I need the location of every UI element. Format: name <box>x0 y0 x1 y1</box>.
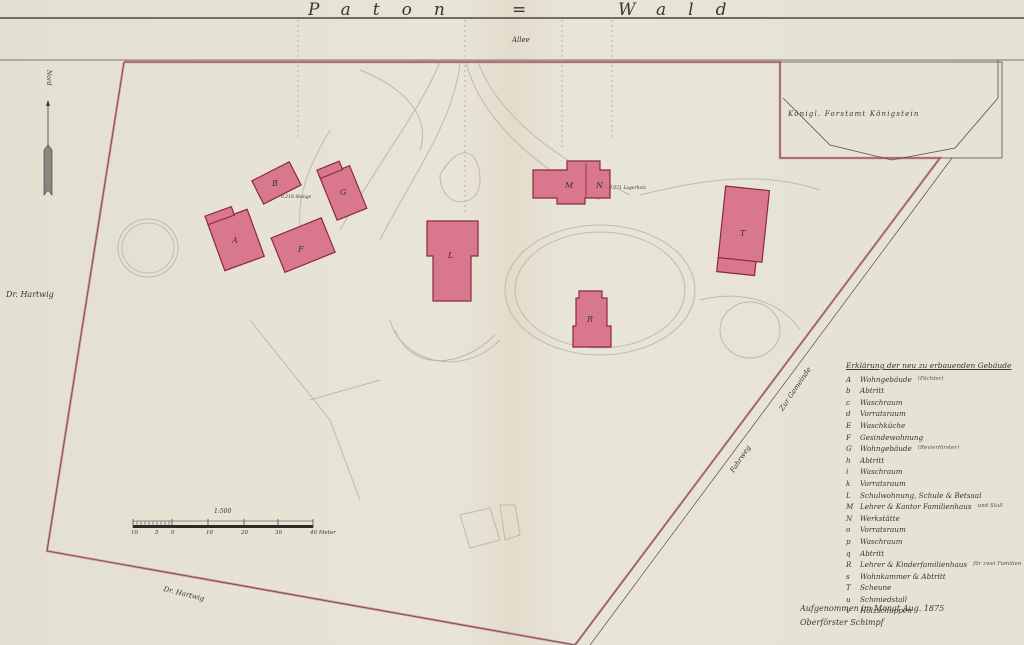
scale-tick: 10 <box>131 530 138 536</box>
legend-key: c <box>846 397 860 409</box>
legend-item: sWohnkammer & Abtritt <box>846 571 1024 583</box>
legend-text: Lehrer & Kantor Familienhaus <box>860 501 972 513</box>
legend-item: cWaschraum <box>846 397 1024 409</box>
legend-note: und Stall <box>978 501 1003 513</box>
svg-text:G: G <box>340 188 347 197</box>
legend-item: LSchulwohnung, Schule & Betsaal <box>846 490 1024 502</box>
svg-text:T: T <box>740 229 746 238</box>
north-label: Nord <box>45 70 52 86</box>
legend-text: Wohngebäude <box>860 374 912 386</box>
legend-title: Erklärung der neu zu erbauenden Gebäude <box>846 360 1024 372</box>
north-arrow-icon <box>44 100 52 195</box>
scale-tick: 20 <box>241 530 248 536</box>
svg-text:M: M <box>564 181 574 190</box>
legend-item: GWohngebäude(Revierförster) <box>846 443 1024 455</box>
building-legend: Erklärung der neu zu erbauenden Gebäude … <box>846 360 1024 617</box>
legend-item: NWerkstätte <box>846 513 1024 525</box>
legend-item: bAbtritt <box>846 385 1024 397</box>
legend-item: TScheune <box>846 582 1024 594</box>
legend-key: G <box>846 443 860 455</box>
svg-text:R: R <box>586 315 593 324</box>
legend-key: i <box>846 466 860 478</box>
legend-text: Gesindewohnung <box>860 432 923 444</box>
legend-item: iWaschraum <box>846 466 1024 478</box>
legend-key: N <box>846 513 860 525</box>
legend-item: dVorratsraum <box>846 408 1024 420</box>
legend-text: Waschküche <box>860 420 905 432</box>
legend-text: Abtritt <box>860 548 884 560</box>
legend-key: p <box>846 536 860 548</box>
legend-text: Wohngebäude <box>860 443 912 455</box>
scale-tick: 5 <box>155 530 159 536</box>
legend-text: Abtritt <box>860 455 884 467</box>
svg-text:A: A <box>231 236 238 245</box>
legend-text: Werkstätte <box>860 513 900 525</box>
spot-height-label-1: 0.218 Stange <box>281 195 311 200</box>
legend-item: kVorratsraum <box>846 478 1024 490</box>
legend-item: EWaschküche <box>846 420 1024 432</box>
legend-key: q <box>846 548 860 560</box>
scale-tick: 30 <box>275 530 282 536</box>
legend-item: AWohngebäude(Pächter) <box>846 374 1024 386</box>
legend-key: R <box>846 559 860 571</box>
scale-tick: 0 <box>171 530 175 536</box>
legend-item: qAbtritt <box>846 548 1024 560</box>
survey-date-line: Aufgenommen im Monat Aug. 1875 <box>800 602 944 616</box>
legend-key: s <box>846 571 860 583</box>
legend-key: k <box>846 478 860 490</box>
west-road-label: Dr. Hartwig <box>6 290 54 299</box>
legend-item: pWaschraum <box>846 536 1024 548</box>
svg-text:N: N <box>595 181 604 190</box>
scale-tick: 10 <box>206 530 213 536</box>
scale-tick: 40 Meter <box>310 530 336 536</box>
legend-key: T <box>846 582 860 594</box>
legend-key: o <box>846 524 860 536</box>
svg-text:F: F <box>297 245 304 254</box>
building-l <box>427 221 478 301</box>
legend-text: Schulwohnung, Schule & Betsaal <box>860 490 981 502</box>
legend-text: Vorratsraum <box>860 524 906 536</box>
legend-text: Wohnkammer & Abtritt <box>860 571 946 583</box>
legend-text: Waschraum <box>860 466 903 478</box>
legend-note: für zwei Familien <box>973 559 1021 571</box>
top-road-label: Allee <box>512 36 530 44</box>
legend-item: oVorratsraum <box>846 524 1024 536</box>
scale-bar-graphic <box>133 519 313 528</box>
legend-key: A <box>846 374 860 386</box>
svg-text:B: B <box>271 179 278 188</box>
legend-note: (Pächter) <box>918 374 944 386</box>
legend-key: E <box>846 420 860 432</box>
legend-text: Vorratsraum <box>860 478 906 490</box>
legend-item: FGesindewohnung <box>846 432 1024 444</box>
legend-item: RLehrer & Kinderfamilienhausfür zwei Fam… <box>846 559 1024 571</box>
legend-item: MLehrer & Kantor Familienhausund Stall <box>846 501 1024 513</box>
legend-key: h <box>846 455 860 467</box>
forest-office-label: Königl. Forstamt Königstein <box>788 110 920 118</box>
legend-text: Vorratsraum <box>860 408 906 420</box>
legend-text: Abtritt <box>860 385 884 397</box>
legend-key: L <box>846 490 860 502</box>
survey-signature: Aufgenommen im Monat Aug. 1875 Oberförst… <box>800 602 944 630</box>
legend-key: M <box>846 501 860 513</box>
legend-note: (Revierförster) <box>918 443 959 455</box>
legend-text: Lehrer & Kinderfamilienhaus <box>860 559 967 571</box>
legend-text: Waschraum <box>860 536 903 548</box>
legend-text: Scheune <box>860 582 891 594</box>
legend-key: d <box>846 408 860 420</box>
svg-text:L: L <box>447 251 453 260</box>
legend-key: b <box>846 385 860 397</box>
spot-height-label-2: 0.271 Lagerholz <box>609 186 646 191</box>
legend-item: hAbtritt <box>846 455 1024 467</box>
legend-text: Waschraum <box>860 397 903 409</box>
surveyor-name: Oberförster Schimpf <box>800 616 944 630</box>
legend-key: F <box>846 432 860 444</box>
scale-ratio: 1:500 <box>214 508 231 515</box>
